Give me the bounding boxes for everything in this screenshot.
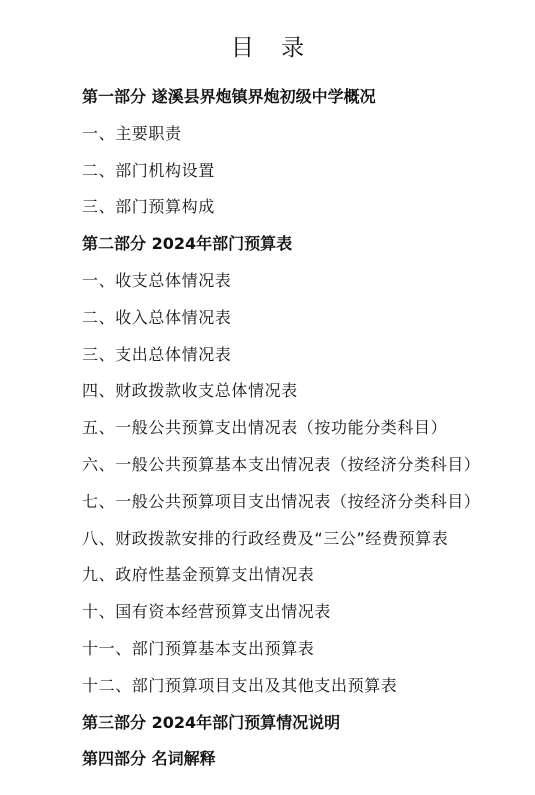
toc-item[interactable]: 十一、部门预算基本支出预算表 — [82, 637, 480, 674]
toc-item[interactable]: 三、支出总体情况表 — [82, 343, 480, 380]
toc-item[interactable]: 二、收入总体情况表 — [82, 306, 480, 343]
toc-part-3[interactable]: 第三部分 2024年部门预算情况说明 — [82, 711, 480, 748]
toc-item[interactable]: 五、一般公共预算支出情况表（按功能分类科目） — [82, 416, 480, 453]
toc-item[interactable]: 七、一般公共预算项目支出情况表（按经济分类科目） — [82, 490, 480, 527]
toc-item[interactable]: 四、财政拨款收支总体情况表 — [82, 379, 480, 416]
toc-item[interactable]: 六、一般公共预算基本支出情况表（按经济分类科目） — [82, 453, 480, 490]
toc-part-2[interactable]: 第二部分 2024年部门预算表 — [82, 232, 480, 269]
toc-item[interactable]: 二、部门机构设置 — [82, 159, 480, 196]
toc-item[interactable]: 三、部门预算构成 — [82, 195, 480, 232]
table-of-contents: 第一部分 遂溪县界炮镇界炮初级中学概况 一、主要职责 二、部门机构设置 三、部门… — [82, 85, 480, 784]
toc-item[interactable]: 一、主要职责 — [82, 122, 480, 159]
toc-item[interactable]: 十二、部门预算项目支出及其他支出预算表 — [82, 674, 480, 711]
toc-part-4[interactable]: 第四部分 名词解释 — [82, 747, 480, 784]
toc-item[interactable]: 十、国有资本经营预算支出情况表 — [82, 600, 480, 637]
toc-item[interactable]: 九、政府性基金预算支出情况表 — [82, 563, 480, 600]
toc-item[interactable]: 八、财政拨款安排的行政经费及“三公”经费预算表 — [82, 527, 480, 564]
toc-title: 目 录 — [0, 33, 535, 63]
toc-part-1[interactable]: 第一部分 遂溪县界炮镇界炮初级中学概况 — [82, 85, 480, 122]
toc-item[interactable]: 一、收支总体情况表 — [82, 269, 480, 306]
document-page: 目 录 第一部分 遂溪县界炮镇界炮初级中学概况 一、主要职责 二、部门机构设置 … — [0, 0, 535, 795]
